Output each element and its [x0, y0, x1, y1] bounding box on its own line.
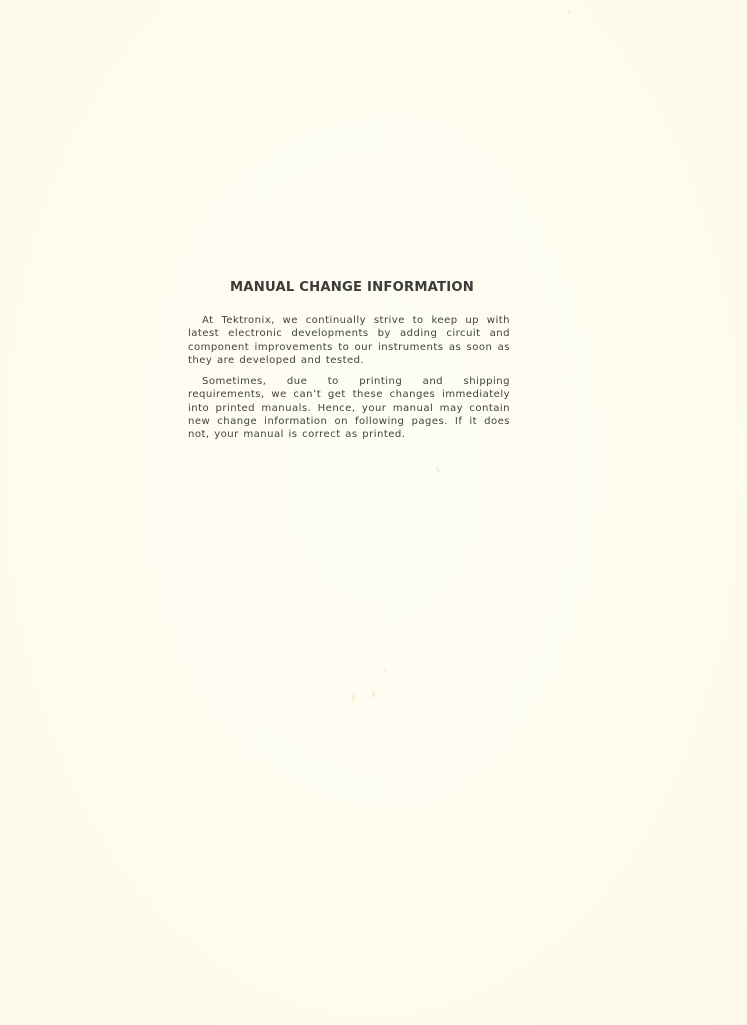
- document-page: MANUAL CHANGE INFORMATION At Tektronix, …: [0, 0, 747, 1025]
- notice-block: MANUAL CHANGE INFORMATION At Tektronix, …: [188, 280, 510, 450]
- paragraph-intro: At Tektronix, we continually strive to k…: [188, 314, 510, 367]
- paper-blemish: [352, 694, 355, 701]
- page-title: MANUAL CHANGE INFORMATION: [188, 280, 510, 295]
- paper-blemish: [372, 690, 375, 698]
- paper-blemish: [568, 10, 571, 13]
- paragraph-notice: Sometimes, due to printing and shipping …: [188, 375, 510, 441]
- paper-blemish: [384, 668, 386, 674]
- paper-blemish: [436, 467, 441, 473]
